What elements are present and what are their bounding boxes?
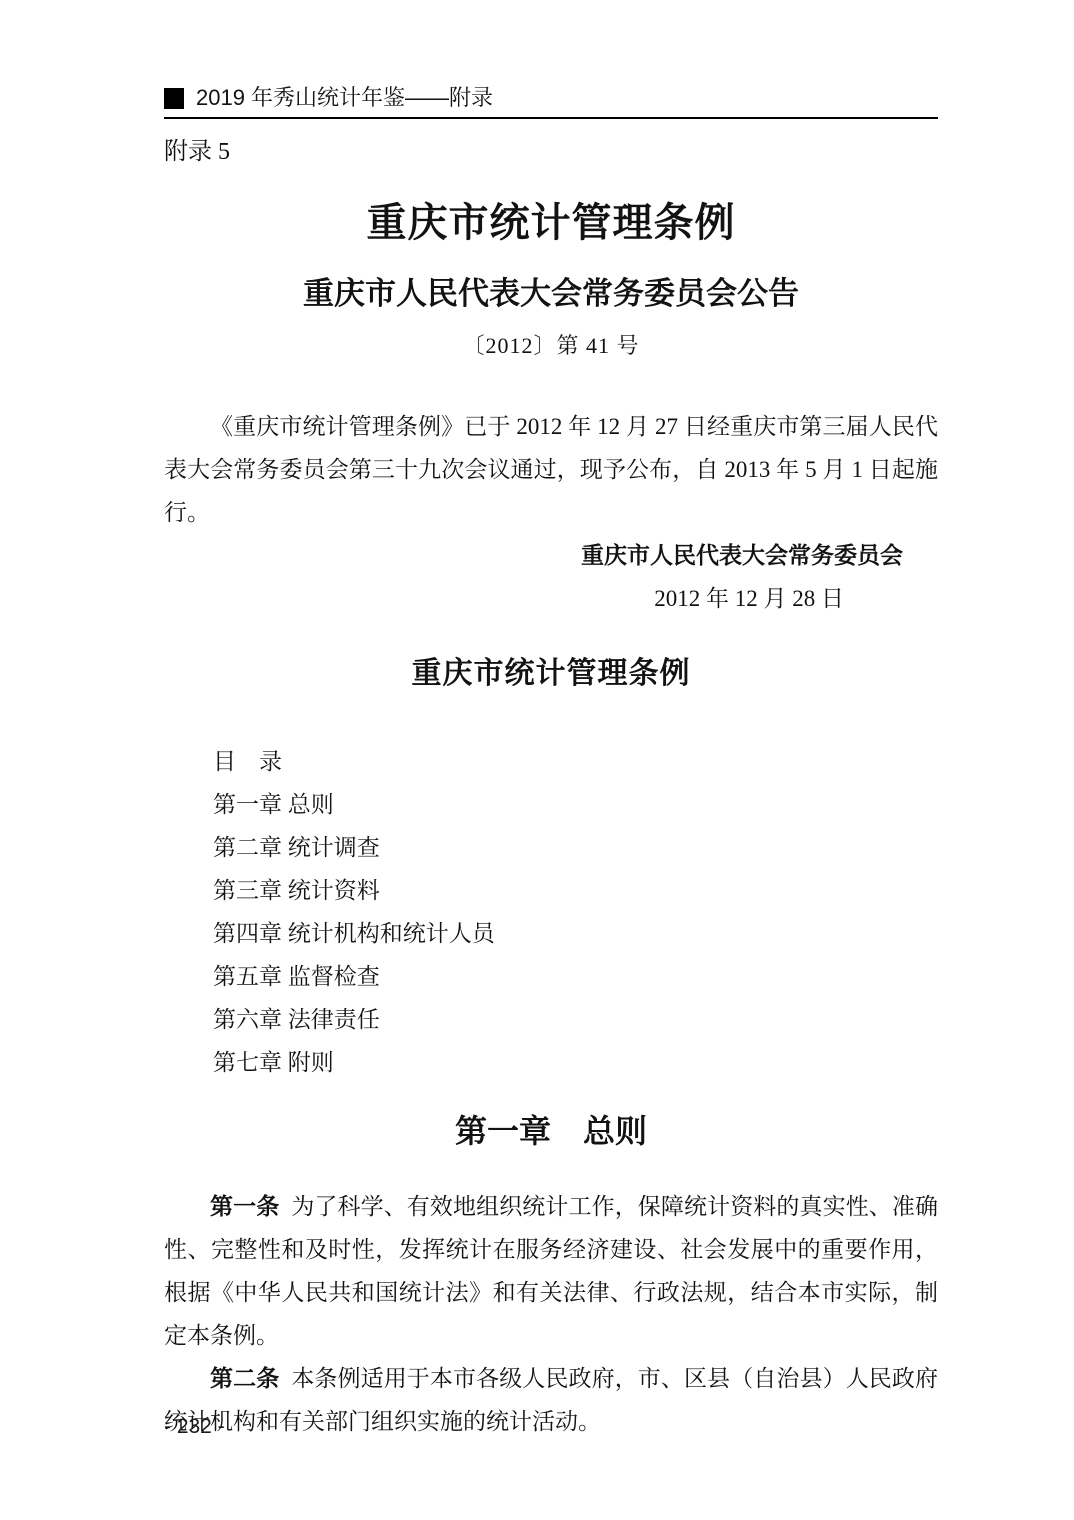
article-1: 第一条为了科学、有效地组织统计工作，保障统计资料的真实性、准确性、完整性和及时性… bbox=[164, 1185, 938, 1357]
page-content: 2019 年秀山统计年鉴——附录 附录 5 重庆市统计管理条例 重庆市人民代表大… bbox=[0, 0, 1074, 1443]
announcement-body: 《重庆市统计管理条例》已于 2012 年 12 月 27 日经重庆市第三届人民代… bbox=[164, 405, 938, 534]
black-square-icon bbox=[164, 88, 184, 109]
toc-item-chapter-7: 第七章 附则 bbox=[213, 1041, 938, 1084]
article-1-label: 第一条 bbox=[210, 1193, 279, 1219]
running-header-text: 2019 年秀山统计年鉴——附录 bbox=[196, 86, 493, 110]
running-header: 2019 年秀山统计年鉴——附录 bbox=[164, 86, 938, 119]
appendix-label: 附录 5 bbox=[164, 137, 938, 167]
toc-item-chapter-2: 第二章 统计调查 bbox=[213, 826, 938, 869]
announcement-date: 2012 年 12 月 28 日 bbox=[164, 577, 938, 620]
toc-item-chapter-3: 第三章 统计资料 bbox=[213, 869, 938, 912]
article-2: 第二条本条例适用于本市各级人民政府，市、区县（自治县）人民政府统计机构和有关部门… bbox=[164, 1357, 938, 1443]
toc-item-chapter-4: 第四章 统计机构和统计人员 bbox=[213, 912, 938, 955]
chapter-1-heading: 第一章 总则 bbox=[164, 1108, 938, 1154]
announcement-signature: 重庆市人民代表大会常务委员会 bbox=[164, 534, 938, 577]
page-number: - 232 - bbox=[164, 1416, 225, 1438]
article-1-text: 为了科学、有效地组织统计工作，保障统计资料的真实性、准确性、完整性和及时性，发挥… bbox=[164, 1194, 938, 1348]
article-2-text: 本条例适用于本市各级人民政府，市、区县（自治县）人民政府统计机构和有关部门组织实… bbox=[164, 1366, 938, 1434]
toc-item-chapter-1: 第一章 总则 bbox=[213, 783, 938, 826]
regulation-title: 重庆市统计管理条例 bbox=[164, 652, 938, 696]
table-of-contents: 目 录 第一章 总则 第二章 统计调查 第三章 统计资料 第四章 统计机构和统计… bbox=[213, 740, 938, 1084]
toc-item-chapter-6: 第六章 法律责任 bbox=[213, 998, 938, 1041]
document-number: 〔2012〕第 41 号 bbox=[164, 331, 938, 361]
article-2-label: 第二条 bbox=[210, 1365, 279, 1391]
main-title: 重庆市统计管理条例 bbox=[164, 197, 938, 249]
announcement-title: 重庆市人民代表大会常务委员会公告 bbox=[164, 274, 938, 314]
chapter-1-articles: 第一条为了科学、有效地组织统计工作，保障统计资料的真实性、准确性、完整性和及时性… bbox=[164, 1185, 938, 1443]
toc-item-chapter-5: 第五章 监督检查 bbox=[213, 955, 938, 998]
toc-label: 目 录 bbox=[213, 740, 938, 783]
document-page: 2019 年秀山统计年鉴——附录 附录 5 重庆市统计管理条例 重庆市人民代表大… bbox=[0, 0, 1074, 1520]
